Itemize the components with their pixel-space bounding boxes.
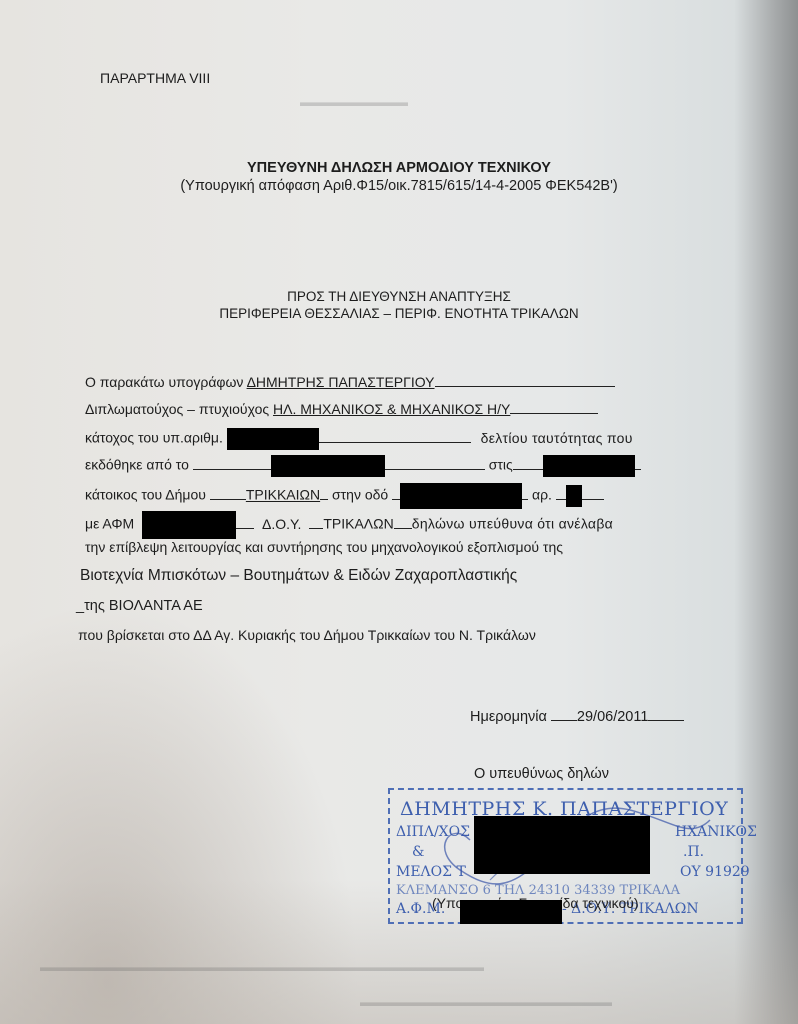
- degree-label: Διπλωματούχος – πτυχιούχος: [85, 401, 269, 417]
- redacted-issue-date: [543, 455, 635, 477]
- id-suffix: δελτίου ταυτότητας που: [481, 430, 633, 446]
- redacted-issuing-authority: [271, 455, 385, 477]
- date-line: Ημερομηνία 29/06/2011: [470, 708, 684, 725]
- bleed-through-text: ▬▬▬▬▬▬▬▬▬▬▬▬▬▬▬▬▬▬▬▬▬: [360, 995, 612, 1009]
- date-value: 29/06/2011: [577, 709, 649, 725]
- issued-on-label: στις: [489, 457, 513, 473]
- blank-line: [556, 487, 566, 500]
- business-location: που βρίσκεται στο ΔΔ Αγ. Κυριακής του Δή…: [78, 627, 536, 643]
- blank-line: [319, 430, 471, 443]
- recipient-line-1: ΠΡΟΣ ΤΗ ΔΙΕΥΘΥΝΣΗ ΑΝΑΠΤΥΞΗΣ: [0, 289, 798, 304]
- document-subtitle: (Υπουργική απόφαση Αριθ.Φ15/οικ.7815/615…: [0, 178, 798, 194]
- doy-label: Δ.Ο.Υ.: [262, 516, 301, 532]
- recipient-line-2: ΠΕΡΙΦΕΡΕΙΑ ΘΕΣΣΑΛΙΑΣ – ΠΕΡΙΦ. ΕΝΟΤΗΤΑ ΤΡ…: [0, 306, 798, 321]
- blank-line: [510, 401, 598, 414]
- degree-line: Διπλωματούχος – πτυχιούχος ΗΛ. ΜΗΧΑΝΙΚΟΣ…: [85, 401, 598, 417]
- document-title: ΥΠΕΥΘΥΝΗ ΔΗΛΩΣΗ ΑΡΜΟΔΙΟΥ ΤΕΧΝΙΚΟΥ: [0, 160, 798, 176]
- redacted-street-number: [566, 485, 582, 507]
- blank-line: [210, 487, 246, 500]
- redacted-stamp-details: [474, 816, 650, 874]
- blank-line: [320, 487, 328, 500]
- id-label: κάτοχος του υπ.αριθμ.: [85, 430, 223, 446]
- blank-line: [385, 457, 485, 470]
- municipality-value: ΤΡΙΚΚΑΙΩΝ: [246, 487, 320, 503]
- residence-line: κάτοικος του Δήμου ΤΡΙΚΚΑΙΩΝ στην οδό αρ…: [85, 483, 604, 509]
- resident-label: κάτοικος του Δήμου: [85, 487, 206, 503]
- company-name: _της ΒΙΟΛΑΝΤΑ ΑΕ: [76, 598, 203, 614]
- bleed-through-text: ▬▬▬▬▬▬▬▬▬: [300, 95, 408, 109]
- degree-value: ΗΛ. ΜΗΧΑΝΙΚΟΣ & ΜΗΧΑΝΙΚΟΣ Η/Υ: [273, 401, 510, 417]
- id-line: κάτοχος του υπ.αριθμ. δελτίου ταυτότητας…: [85, 428, 633, 450]
- signer-value: ΔΗΜΗΤΡΗΣ ΠΑΠΑΣΤΕΡΓΙΟΥ: [247, 374, 435, 390]
- tax-line: με ΑΦΜ Δ.Ο.Υ. ΤΡΙΚΑΛΩΝδηλώνω υπεύθυνα ότ…: [85, 511, 613, 539]
- afm-label: με ΑΦΜ: [85, 516, 134, 532]
- blank-line: [193, 457, 271, 470]
- declare-text: δηλώνω υπεύθυνα ότι ανέλαβα: [412, 516, 613, 532]
- blank-line: [582, 487, 604, 500]
- date-label: Ημερομηνία: [470, 709, 547, 725]
- doy-value: ΤΡΙΚΑΛΩΝ: [323, 516, 393, 532]
- redacted-street: [400, 483, 522, 509]
- blank-line: [309, 516, 323, 529]
- blank-line: [394, 516, 412, 529]
- business-name: Βιοτεχνία Μπισκότων – Βουτημάτων & Ειδών…: [80, 567, 517, 585]
- blank-line: [648, 708, 684, 721]
- document-page: ▬▬▬▬▬▬▬▬▬ ▬▬▬▬▬▬▬▬▬▬▬▬▬▬▬▬▬▬▬▬▬▬▬▬▬▬▬▬▬▬…: [0, 0, 798, 1024]
- blank-line: [522, 487, 528, 500]
- blank-line: [635, 457, 641, 470]
- blank-line: [513, 457, 543, 470]
- redacted-stamp-afm: [460, 900, 562, 924]
- issued-label: εκδόθηκε από το: [85, 457, 189, 473]
- signer-line: Ο παρακάτω υπογράφων ΔΗΜΗΤΡΗΣ ΠΑΠΑΣΤΕΡΓΙ…: [85, 374, 615, 390]
- blank-line: [236, 516, 254, 529]
- blank-line: [392, 487, 400, 500]
- blank-line: [551, 708, 577, 721]
- redacted-afm: [142, 511, 236, 539]
- street-label: στην οδό: [332, 487, 388, 503]
- number-label: αρ.: [532, 487, 552, 503]
- annex-label: ΠΑΡΑΡΤΗΜΑ VIII: [100, 70, 210, 86]
- supervision-line: την επίβλεψη λειτουργίας και συντήρησης …: [85, 539, 563, 555]
- issued-line: εκδόθηκε από το στις: [85, 455, 641, 477]
- bleed-through-text: ▬▬▬▬▬▬▬▬▬▬▬▬▬▬▬▬▬▬▬▬▬▬▬▬▬▬▬▬▬▬▬▬▬▬▬▬▬: [40, 960, 484, 974]
- signer-label: Ο παρακάτω υπογράφων: [85, 374, 243, 390]
- blank-line: [435, 374, 615, 387]
- redacted-id-number: [227, 428, 319, 450]
